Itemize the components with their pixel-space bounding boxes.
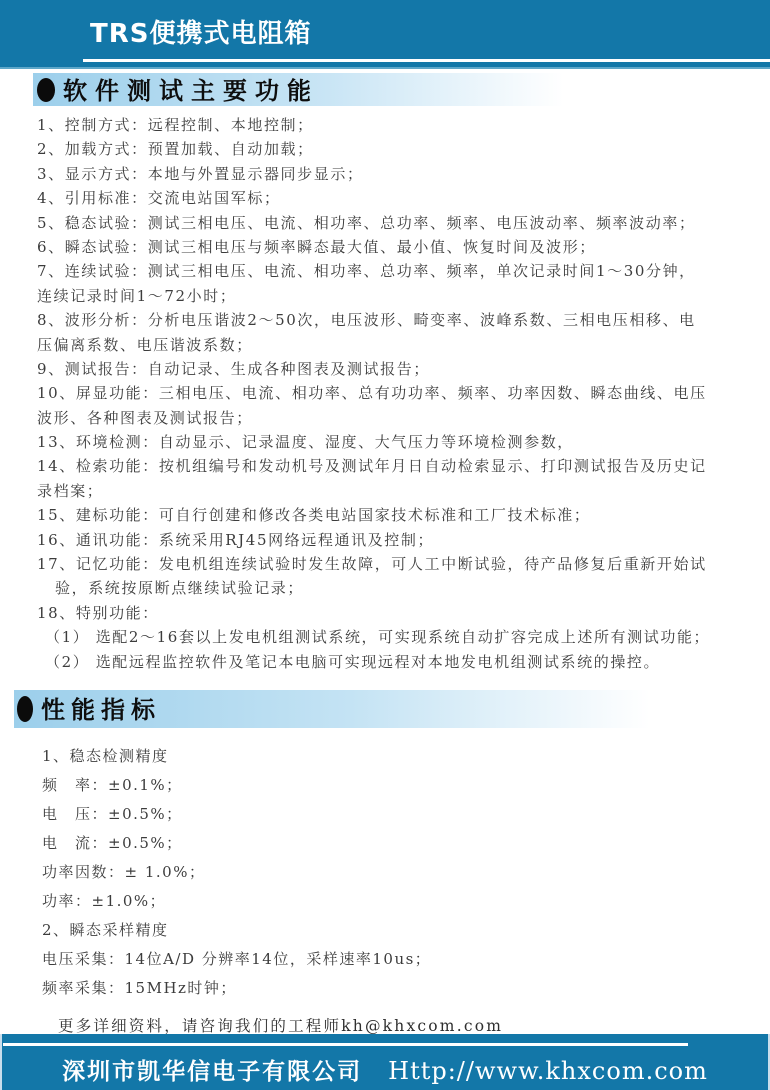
feature-line: 9、测试报告：自动记录、生成各种图表及测试报告；: [37, 357, 766, 381]
feature-line: 压偏离系数、电压谐波系数；: [37, 333, 766, 357]
feature-line: 4、引用标准：交流电站国军标；: [37, 186, 766, 210]
bullet-icon: [17, 696, 33, 722]
spec-line: 功率：±1.0%；: [42, 887, 770, 916]
feature-line: 18、特别功能：: [37, 601, 766, 625]
page-title: TRS便携式电阻箱: [90, 13, 311, 50]
feature-line: 17、记忆功能：发电机组连续试验时发生故障，可人工中断试验，待产品修复后重新开始…: [37, 552, 766, 576]
spec-line: 电 流：±0.5%；: [42, 829, 770, 858]
spec-line: 电压采集：14位A/D 分辨率14位，采样速率10us；: [42, 945, 770, 974]
feature-line: 7、连续试验：测试三相电压、电流、相功率、总功率、频率，单次记录时间1～30分钟…: [37, 259, 766, 283]
website-url: Http://www.khxcom.com: [388, 1057, 708, 1085]
feature-line: （2） 选配远程监控软件及笔记本电脑可实现远程对本地发电机组测试系统的操控。: [37, 650, 766, 674]
feature-line: 8、波形分析：分析电压谐波2～50次，电压波形、畸变率、波峰系数、三相电压相移、…: [37, 308, 766, 332]
footer-rule: [3, 1043, 688, 1046]
feature-line: 3、显示方式：本地与外置显示器同步显示；: [37, 162, 766, 186]
feature-line: 2、加载方式：预置加载、自动加载；: [37, 137, 766, 161]
feature-list: 1、控制方式：远程控制、本地控制； 2、加载方式：预置加载、自动加载； 3、显示…: [37, 113, 766, 674]
header-rule: [83, 59, 770, 62]
spec-line: 电 压：±0.5%；: [42, 800, 770, 829]
feature-line: 13、环境检测：自动显示、记录温度、湿度、大气压力等环境检测参数，: [37, 430, 766, 454]
feature-line: 10、屏显功能：三相电压、电流、相功率、总有功功率、频率、功率因数、瞬态曲线、电…: [37, 381, 766, 405]
feature-line: （1） 选配2～16套以上发电机组测试系统，可实现系统自动扩容完成上述所有测试功…: [37, 625, 766, 649]
feature-line: 录档案；: [37, 479, 766, 503]
spec-line: 2、瞬态采样精度: [42, 916, 770, 945]
spec-line: 功率因数：± 1.0%；: [42, 858, 770, 887]
feature-line: 15、建标功能：可自行创建和修改各类电站国家技术标准和工厂技术标准；: [37, 503, 766, 527]
feature-line: 14、检索功能：按机组编号和发动机号及测试年月日自动检索显示、打印测试报告及历史…: [37, 454, 766, 478]
section-title-software: 软件测试主要功能: [63, 71, 319, 108]
feature-line: 16、通讯功能：系统采用RJ45网络远程通讯及控制；: [37, 528, 766, 552]
feature-line: 验，系统按原断点继续试验记录；: [37, 576, 766, 600]
feature-line: 连续记录时间1～72小时；: [37, 284, 766, 308]
spec-list: 1、稳态检测精度 频 率：±0.1%； 电 压：±0.5%； 电 流：±0.5%…: [42, 742, 770, 1003]
feature-line: 5、稳态试验：测试三相电压、电流、相功率、总功率、频率、电压波动率、频率波动率；: [37, 211, 766, 235]
spec-line: 1、稳态检测精度: [42, 742, 770, 771]
feature-line: 6、瞬态试验：测试三相电压与频率瞬态最大值、最小值、恢复时间及波形；: [37, 235, 766, 259]
footer-band: 深圳市凯华信电子有限公司 Http://www.khxcom.com: [0, 1034, 770, 1090]
spec-line: 频率采集：15MHz时钟；: [42, 974, 770, 1003]
spec-line: 频 率：±0.1%；: [42, 771, 770, 800]
document-page: TRS便携式电阻箱 软件测试主要功能 1、控制方式：远程控制、本地控制； 2、加…: [0, 0, 770, 1090]
section-header-performance: 性能指标: [14, 690, 762, 728]
company-name: 深圳市凯华信电子有限公司: [62, 1053, 362, 1086]
section-header-software: 软件测试主要功能: [33, 73, 770, 106]
feature-line: 波形、各种图表及测试报告；: [37, 406, 766, 430]
header-band: TRS便携式电阻箱: [0, 0, 770, 69]
feature-line: 1、控制方式：远程控制、本地控制；: [37, 113, 766, 137]
footer-text: 深圳市凯华信电子有限公司 Http://www.khxcom.com: [2, 1053, 768, 1086]
bullet-icon: [37, 78, 55, 102]
contact-note: 更多详细资料，请咨询我们的工程师kh@khxcom.com: [58, 1014, 770, 1036]
section-title-performance: 性能指标: [41, 690, 161, 727]
